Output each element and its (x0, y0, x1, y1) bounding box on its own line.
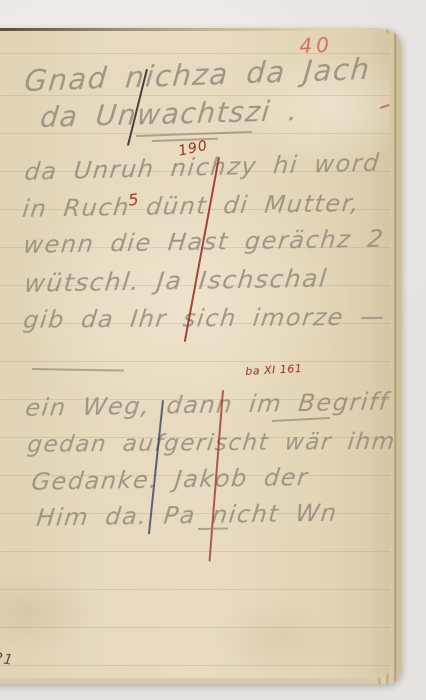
handwriting-line: gedan aufgerischt wär ihm (26, 429, 397, 458)
handwriting-line: ein Weg, dann im Begriff (24, 388, 390, 422)
scanned-manuscript-photo: Gnad nichza da Jachda Unwachtszi .da Unr… (0, 0, 426, 700)
handwriting-line: gib da Ihr sich imorze — (22, 303, 387, 334)
page-number-red: 40 (299, 33, 333, 58)
handwriting-line: Gnad nichza da Jach (23, 52, 372, 98)
handwriting-line: wütschl. Ja Ischschal (23, 264, 329, 298)
red-margin-tick (380, 104, 390, 109)
reference-mark: ba XI 161 (245, 362, 303, 378)
pencil-underline (136, 131, 252, 137)
pencil-underline (198, 527, 228, 529)
handwriting-line: in Ruch dünt di Mutter, (21, 189, 362, 223)
archive-stamp-21: 21 (0, 650, 15, 669)
pencil-underline (272, 417, 330, 422)
ink-and-pencil-marks-layer: Gnad nichza da Jachda Unwachtszi .da Unr… (0, 0, 426, 700)
pencil-section-divider (32, 368, 124, 371)
pencil-underline (152, 138, 218, 142)
handwriting-line: Him da. Pa nicht Wn (35, 499, 339, 532)
handwriting-line: da Unwachtszi . (39, 94, 301, 134)
handwriting-line: Gedanke. Jakob der (30, 463, 310, 496)
